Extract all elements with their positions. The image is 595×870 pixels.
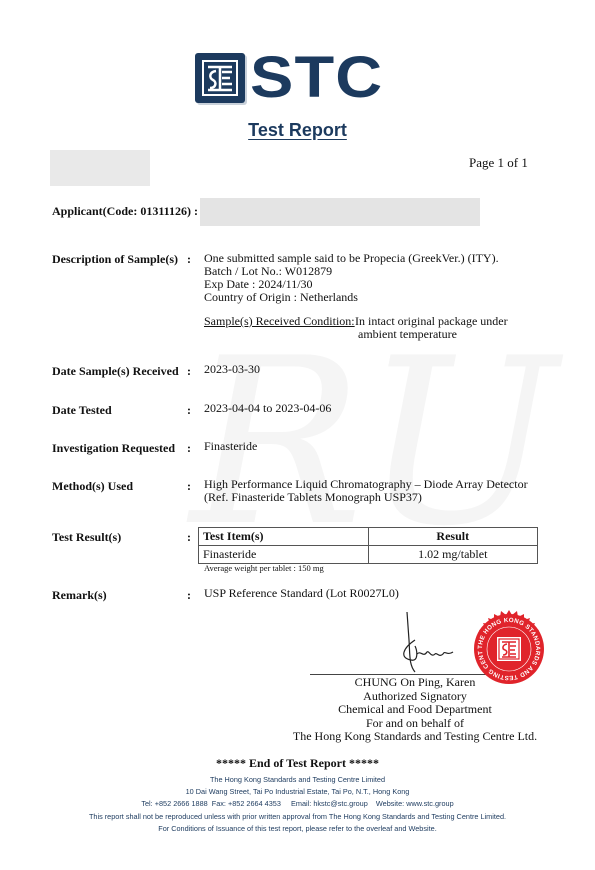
description-label: Description of Sample(s)	[52, 252, 178, 267]
colon: :	[187, 252, 191, 267]
signatory-company: The Hong Kong Standards and Testing Cent…	[280, 730, 550, 744]
footer-contact: Tel: +852 2666 1888 Fax: +852 2664 4353 …	[0, 798, 595, 810]
redacted-report-number	[50, 150, 150, 186]
footer-company: The Hong Kong Standards and Testing Cent…	[0, 774, 595, 786]
colon: :	[187, 441, 191, 456]
remarks-value: USP Reference Standard (Lot R0027L0)	[204, 587, 399, 600]
date-received-value: 2023-03-30	[204, 363, 260, 376]
footer-disclaimer: This report shall not be reproduced unle…	[0, 811, 595, 823]
signatory-department: Chemical and Food Department	[280, 703, 550, 717]
investigation-value: Finasteride	[204, 440, 257, 453]
method-reference: (Ref. Finasteride Tablets Monograph USP3…	[204, 491, 528, 504]
footer: The Hong Kong Standards and Testing Cent…	[0, 774, 595, 835]
redacted-applicant	[200, 198, 480, 226]
description-value: One submitted sample said to be Propecia…	[204, 252, 499, 304]
country-of-origin: Country of Origin : Netherlands	[204, 291, 499, 304]
result-cell: 1.02 mg/tablet	[368, 546, 538, 564]
colon: :	[187, 403, 191, 418]
date-tested-label: Date Tested	[52, 403, 112, 418]
average-weight-note: Average weight per tablet : 150 mg	[204, 563, 324, 573]
test-item-cell: Finasteride	[199, 546, 369, 564]
column-header: Result	[368, 528, 538, 546]
stc-monogram-icon	[195, 53, 245, 103]
footer-conditions: For Conditions of Issuance of this test …	[0, 823, 595, 835]
title-text: Test Report	[248, 120, 347, 140]
date-received-label: Date Sample(s) Received	[52, 364, 179, 379]
methods-value: High Performance Liquid Chromatography –…	[204, 478, 528, 504]
investigation-label: Investigation Requested	[52, 441, 175, 456]
test-results-label: Test Result(s)	[52, 530, 121, 545]
signature-icon	[395, 610, 465, 674]
colon: :	[187, 364, 191, 379]
date-tested-value: 2023-04-04 to 2023-04-06	[204, 402, 331, 415]
table-row: Finasteride 1.02 mg/tablet	[199, 546, 538, 564]
signatory-name: CHUNG On Ping, Karen	[280, 676, 550, 690]
methods-label: Method(s) Used	[52, 479, 133, 494]
condition-line: ambient temperature	[355, 328, 508, 341]
colon: :	[187, 479, 191, 494]
signatory-block: CHUNG On Ping, Karen Authorized Signator…	[280, 676, 550, 744]
footer-address: 10 Dai Wang Street, Tai Po Industrial Es…	[0, 786, 595, 798]
table-header-row: Test Item(s) Result	[199, 528, 538, 546]
results-table: Test Item(s) Result Finasteride 1.02 mg/…	[198, 527, 538, 564]
colon: :	[187, 530, 191, 545]
page-indicator: Page 1 of 1	[469, 155, 528, 171]
logo-text: STC	[250, 53, 383, 103]
condition-value: In intact original package under ambient…	[355, 315, 508, 341]
stc-logo: STC	[195, 53, 369, 103]
signatory-behalf: For and on behalf of	[280, 717, 550, 731]
column-header: Test Item(s)	[199, 528, 369, 546]
applicant-label: Applicant(Code: 01311126) :	[52, 204, 198, 219]
condition-label: Sample(s) Received Condition:	[204, 315, 355, 328]
page-title: Test Report	[0, 120, 595, 141]
end-of-report: ***** End of Test Report *****	[0, 756, 595, 771]
signatory-title: Authorized Signatory	[280, 690, 550, 704]
remarks-label: Remark(s)	[52, 588, 107, 603]
colon: :	[187, 588, 191, 603]
